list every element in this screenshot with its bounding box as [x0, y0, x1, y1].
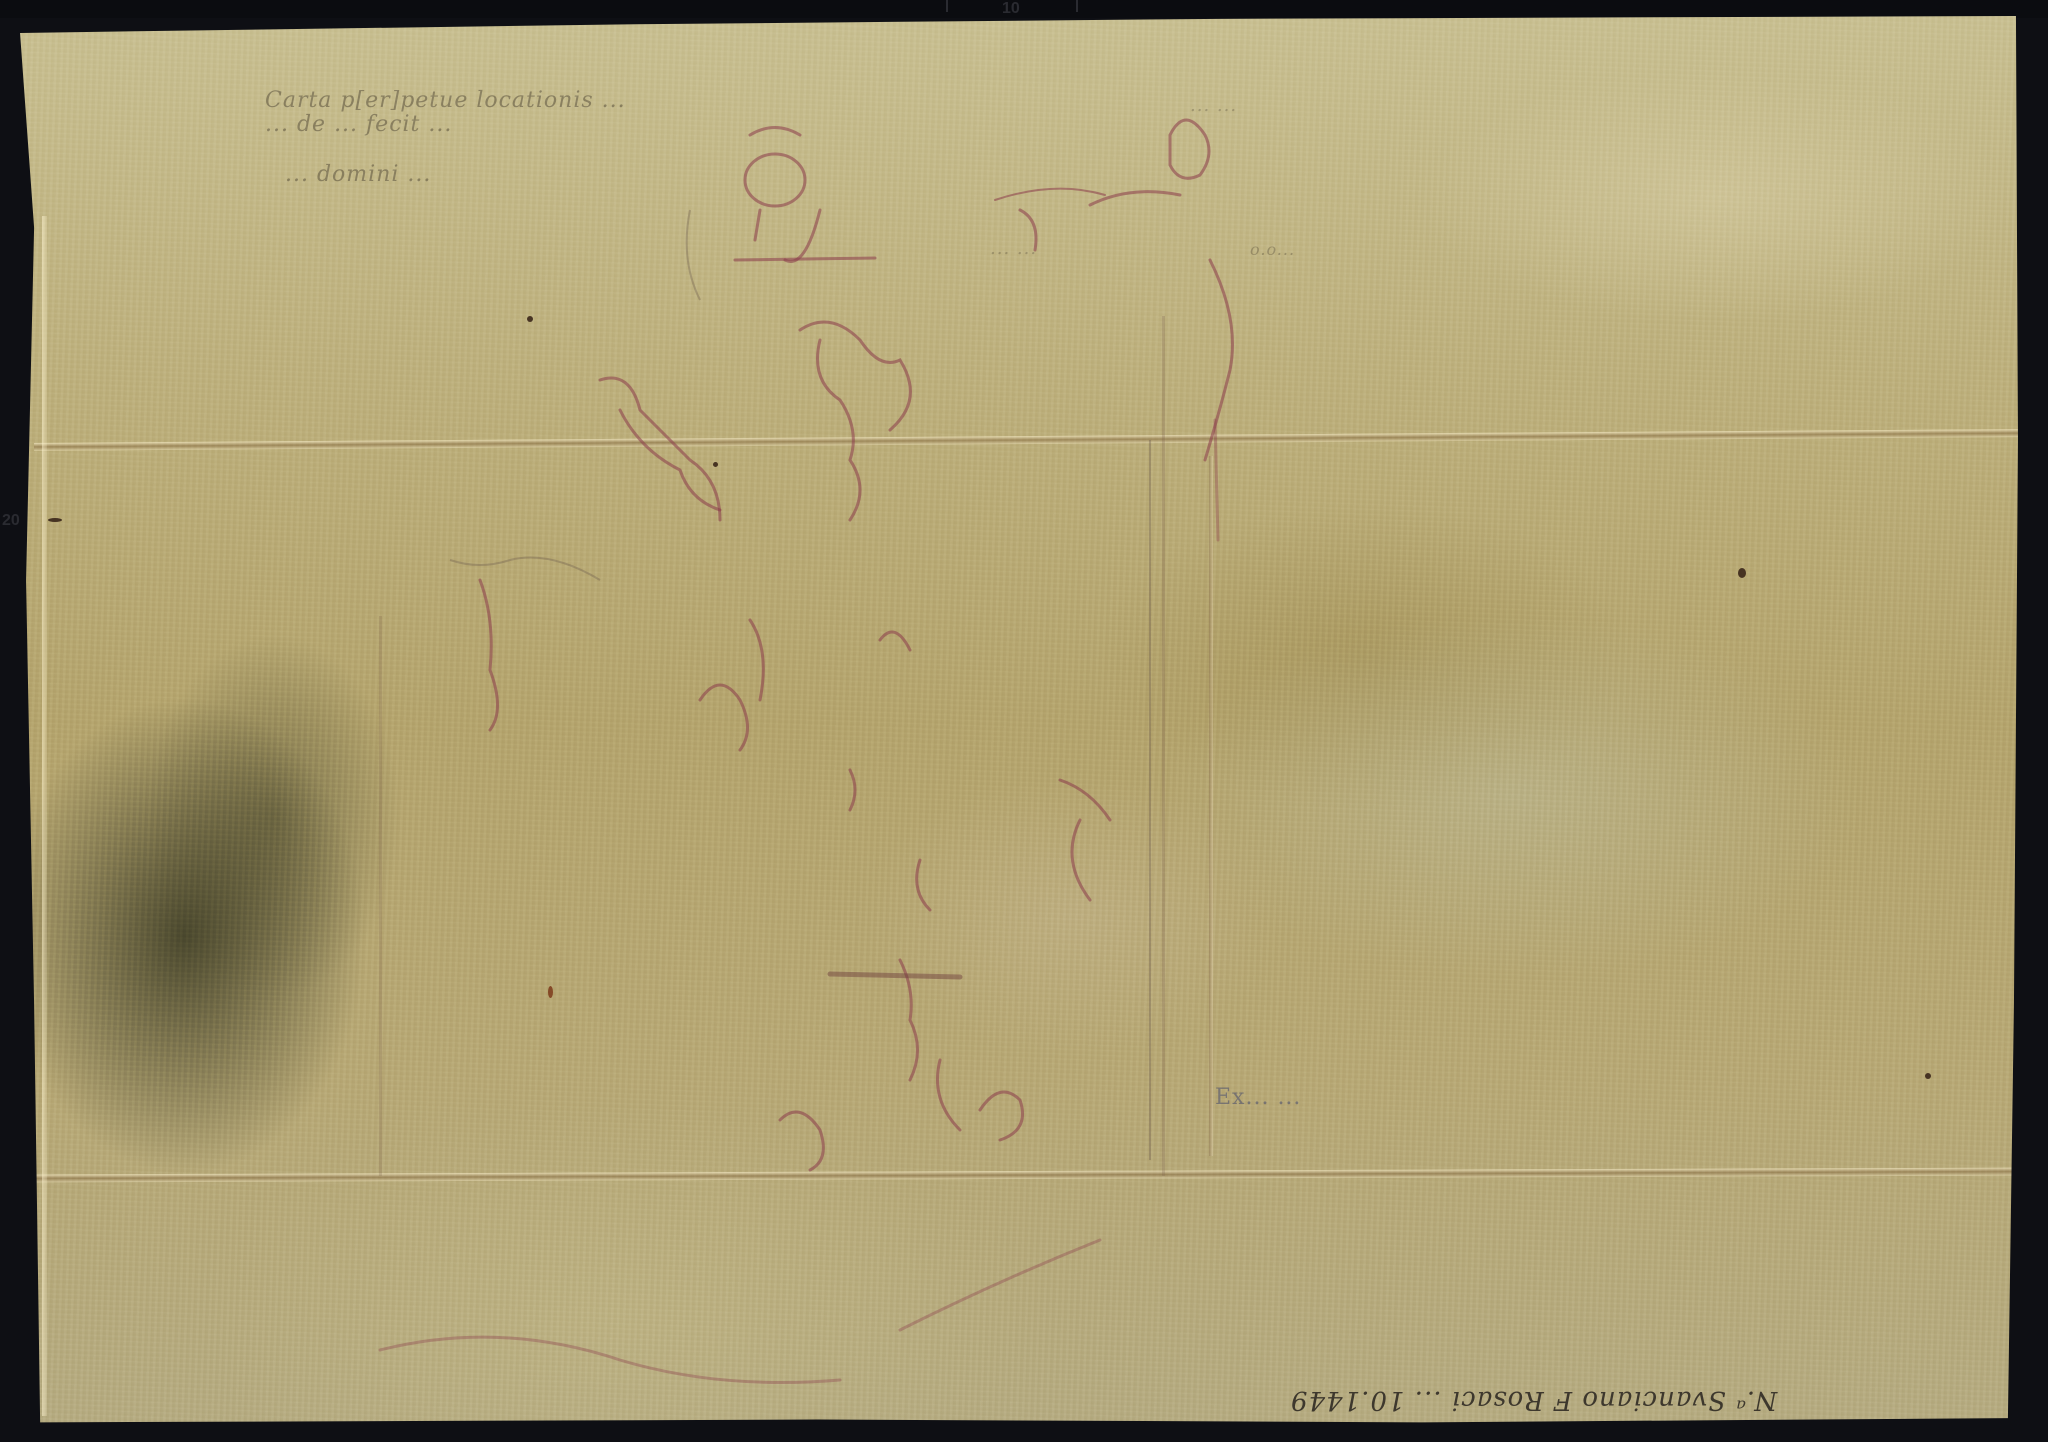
archival-catalog-note: N.ᵃ Svanciano F Rosaci ... 10.1449 [1290, 1385, 1777, 1415]
endorsement-line: ... ... [1190, 95, 1237, 116]
ruler-tick [1076, 0, 1078, 12]
ruling-line-vertical [1162, 316, 1165, 1176]
ink-spot [48, 518, 62, 522]
ruler-label-left: 20 [2, 512, 20, 530]
endorsement-line: o.o... [1250, 240, 1295, 259]
fold-crease-vertical [42, 216, 47, 1416]
ink-spot [1738, 568, 1746, 578]
endorsement-line: Carta p[er]petue locationis ... [265, 88, 626, 113]
ruler-tick [946, 0, 948, 12]
ink-spot [527, 316, 533, 322]
ruler-label-top: 10 [1002, 0, 1020, 18]
endorsement-line: ... domini ... [285, 162, 431, 187]
endorsement-line: ... ... [990, 238, 1037, 259]
fold-crease-vertical [1209, 456, 1213, 1156]
ink-spot [1925, 1073, 1931, 1079]
ruling-line-vertical [379, 616, 382, 1176]
scale-ruler-left: 20 [0, 0, 22, 1442]
parchment-sheet [14, 16, 2024, 1428]
parchment-texture [14, 16, 2024, 1428]
scale-ruler-top: 10 [0, 0, 2048, 18]
ink-spot [548, 986, 553, 998]
blue-ink-note: Ex... ... [1215, 1085, 1301, 1110]
ink-spot [713, 462, 718, 467]
endorsement-line: ... de ... fecit ... [265, 112, 452, 137]
